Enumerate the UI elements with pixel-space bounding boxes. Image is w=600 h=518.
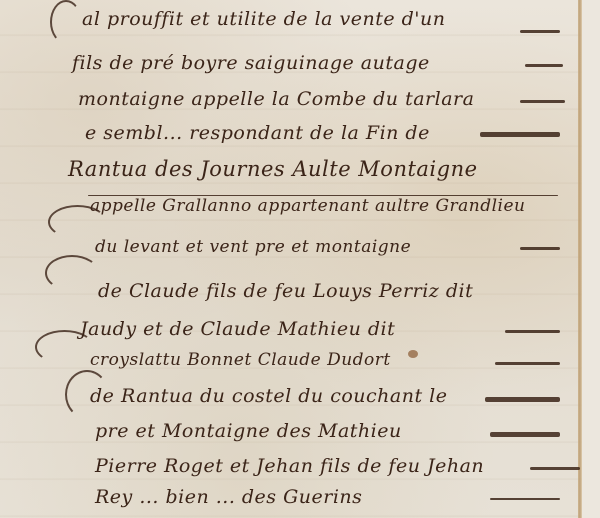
line-text: Rantua des Journes Aulte Montaigne	[68, 157, 478, 181]
line-text: pre et Montaigne des Mathieu	[95, 420, 402, 442]
line-filler-stroke	[520, 247, 560, 250]
line-text: appelle Grallanno appartenant aultre Gra…	[90, 196, 526, 216]
line-filler-stroke	[495, 362, 560, 365]
line-text: du levant et vent pre et montaigne	[95, 237, 411, 257]
ink-blot	[408, 350, 418, 358]
paper-fold-crease	[578, 0, 582, 518]
right-margin	[582, 0, 600, 518]
line-text: al prouffit et utilite de la vente d'un	[82, 8, 446, 30]
line-text: fils de pré boyre saiguinage autage	[72, 52, 430, 74]
line-filler-stroke	[485, 397, 560, 402]
flourish-decoration	[50, 0, 82, 44]
line-text: Jaudy et de Claude Mathieu dit	[80, 318, 395, 340]
line-filler-stroke	[505, 330, 560, 333]
line-filler-stroke	[530, 467, 580, 470]
line-filler-stroke	[525, 64, 563, 67]
line-text: de Rantua du costel du couchant le	[90, 385, 447, 407]
line-text: e sembl... respondant de la Fin de	[85, 122, 430, 144]
line-filler-stroke	[520, 100, 565, 103]
line-text: Pierre Roget et Jehan fils de feu Jehan	[95, 455, 484, 477]
line-filler-stroke	[490, 498, 560, 500]
line-text: Rey ... bien ... des Guerins	[95, 486, 362, 508]
line-filler-stroke	[490, 432, 560, 437]
line-text: de Claude fils de feu Louys Perriz dit	[98, 280, 473, 302]
line-text: croyslattu Bonnet Claude Dudort	[90, 350, 391, 370]
line-filler-stroke	[520, 30, 560, 33]
line-filler-stroke	[480, 132, 560, 137]
line-text: montaigne appelle la Combe du tarlara	[78, 88, 474, 110]
flourish-decoration	[45, 255, 99, 291]
